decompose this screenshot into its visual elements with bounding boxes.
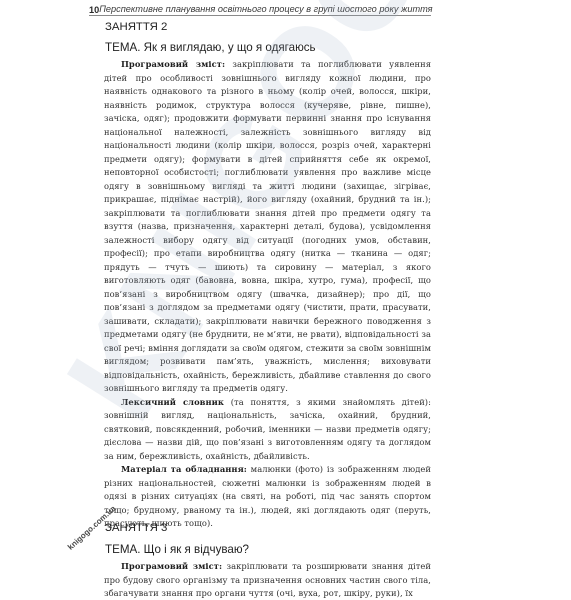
- lesson-3-topic: ТЕМА. Що і як я відчуваю?: [105, 543, 249, 556]
- program-content-label: Програмовий зміст:: [121, 59, 225, 69]
- program-content-text: закріплювати та поглиблювати уявлення ді…: [104, 59, 431, 393]
- program-content-paragraph: Програмовий зміст: закріплювати та погли…: [104, 58, 431, 396]
- lesson-3-heading: ЗАНЯТТЯ 3: [105, 522, 167, 534]
- lesson-2-body: Програмовий зміст: закріплювати та погли…: [104, 58, 431, 531]
- lesson-3-body: Програмовий зміст: закріплювати та розши…: [104, 560, 431, 600]
- program-content-paragraph: Програмовий зміст: закріплювати та розши…: [104, 560, 431, 600]
- materials-label: Матеріал та обладнання:: [121, 464, 247, 474]
- materials-paragraph: Матеріал та обладнання: малюнки (фото) і…: [104, 463, 431, 531]
- program-content-label: Програмовий зміст:: [121, 561, 222, 571]
- running-title: Перспективне планування освітнього проце…: [99, 4, 432, 15]
- page-number: 10: [89, 5, 99, 15]
- lesson-2-heading: ЗАНЯТТЯ 2: [105, 21, 167, 33]
- vocabulary-paragraph: Лексичний словник (та поняття, з якими з…: [104, 396, 431, 464]
- running-header: 10 Перспективне планування освітнього пр…: [89, 2, 431, 16]
- book-page: 10 Перспективне планування освітнього пр…: [0, 0, 571, 600]
- vocabulary-label: Лексичний словник: [121, 397, 224, 407]
- lesson-2-topic: ТЕМА. Як я виглядаю, у що я одягаюсь: [105, 41, 316, 54]
